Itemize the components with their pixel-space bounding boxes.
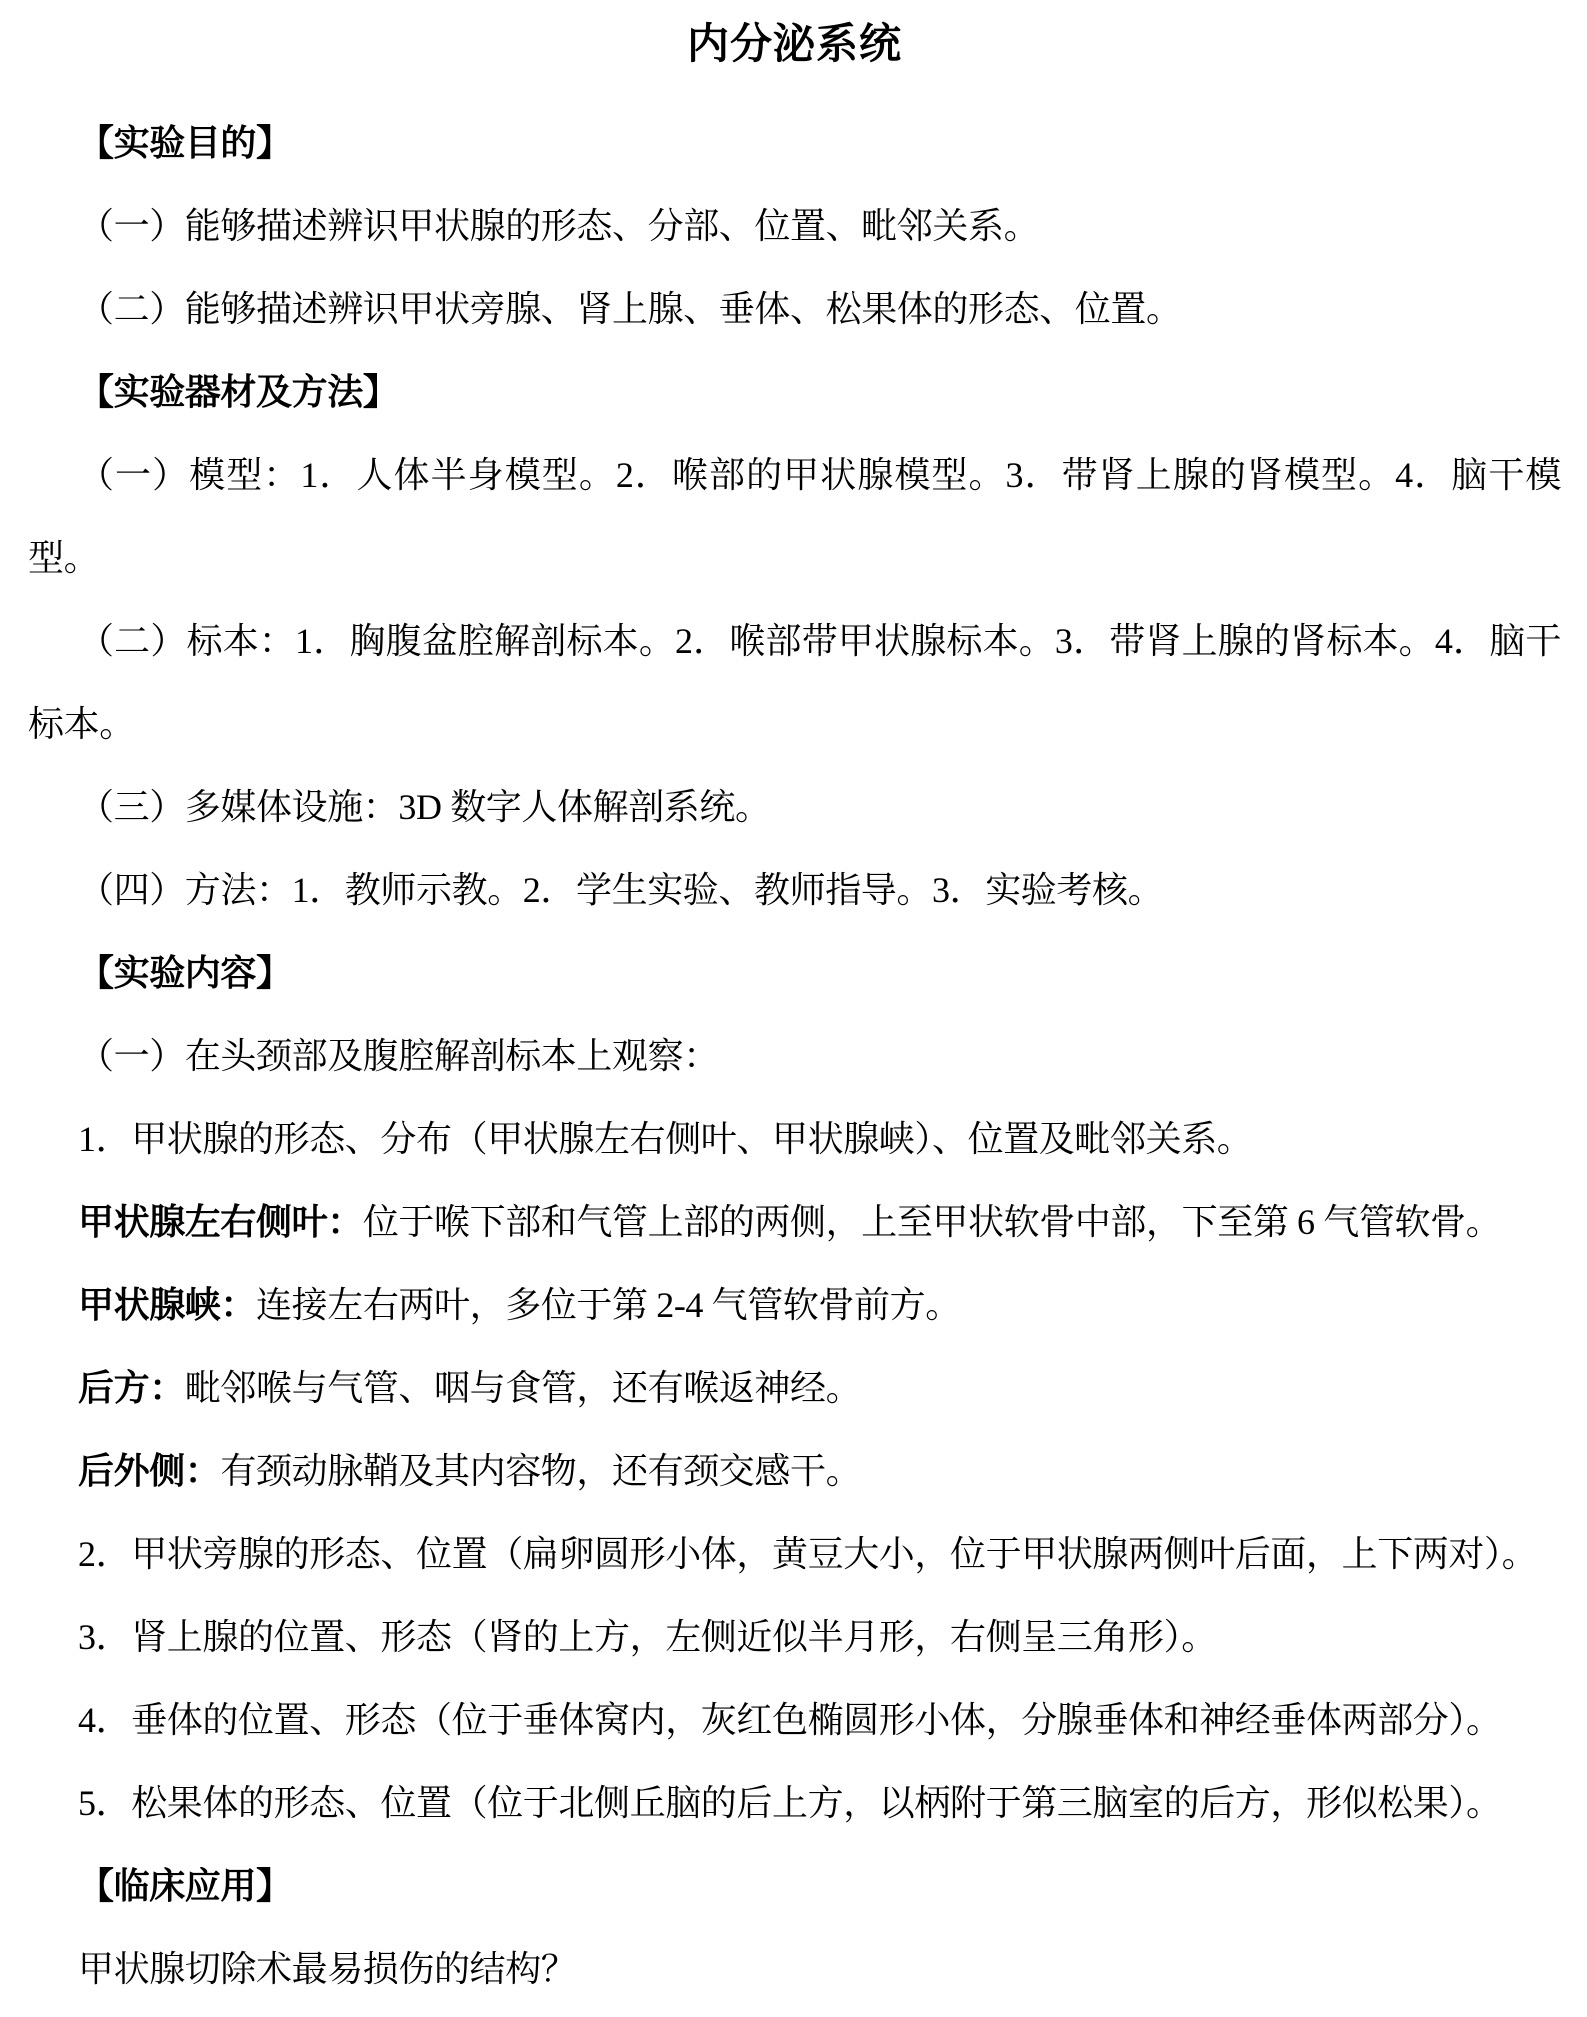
materials-item-methods: （四）方法：1．教师示教。2．学生实验、教师指导。3．实验考核。 <box>28 849 1561 932</box>
materials-item-specimens: （二）标本：1．胸腹盆腔解剖标本。2．喉部带甲状腺标本。3．带肾上腺的肾标本。4… <box>28 600 1561 766</box>
thyroid-lobes-description: 位于喉下部和气管上部的两侧，上至甲状软骨中部，下至第 6 气管软骨。 <box>363 1202 1501 1242</box>
section-heading-clinical-application: 【临床应用】 <box>28 1845 1561 1928</box>
clinical-question: 甲状腺切除术最易损伤的结构？ <box>28 1928 1561 2011</box>
thyroid-lobes-term: 甲状腺左右侧叶： <box>78 1202 363 1242</box>
thyroid-isthmus-description: 连接左右两叶，多位于第 2-4 气管软骨前方。 <box>256 1285 961 1325</box>
content-item-pineal: 5．松果体的形态、位置（位于北侧丘脑的后上方，以柄附于第三脑室的后方，形似松果）… <box>28 1762 1561 1845</box>
objective-item-2: （二）能够描述辨识甲状旁腺、肾上腺、垂体、松果体的形态、位置。 <box>28 268 1561 351</box>
section-heading-experiment-objectives: 【实验目的】 <box>28 102 1561 185</box>
thyroid-isthmus-term: 甲状腺峡： <box>78 1285 256 1325</box>
section-heading-experiment-content: 【实验内容】 <box>28 932 1561 1015</box>
section-heading-materials-methods: 【实验器材及方法】 <box>28 351 1561 434</box>
document-page: 内分泌系统 【实验目的】 （一）能够描述辨识甲状腺的形态、分部、位置、毗邻关系。… <box>0 0 1587 2011</box>
note-posterolateral: 后外侧：有颈动脉鞘及其内容物，还有颈交感干。 <box>28 1430 1561 1513</box>
content-intro: （一）在头颈部及腹腔解剖标本上观察： <box>28 1015 1561 1098</box>
content-item-thyroid: 1．甲状腺的形态、分布（甲状腺左右侧叶、甲状腺峡）、位置及毗邻关系。 <box>28 1098 1561 1181</box>
posterolateral-term: 后外侧： <box>78 1451 220 1491</box>
page-title: 内分泌系统 <box>28 10 1561 80</box>
content-item-parathyroid: 2．甲状旁腺的形态、位置（扁卵圆形小体，黄豆大小，位于甲状腺两侧叶后面，上下两对… <box>28 1513 1561 1596</box>
objective-item-1: （一）能够描述辨识甲状腺的形态、分部、位置、毗邻关系。 <box>28 185 1561 268</box>
note-thyroid-lobes: 甲状腺左右侧叶：位于喉下部和气管上部的两侧，上至甲状软骨中部，下至第 6 气管软… <box>28 1181 1561 1264</box>
materials-item-multimedia: （三）多媒体设施：3D 数字人体解剖系统。 <box>28 766 1561 849</box>
materials-item-models: （一）模型：1．人体半身模型。2．喉部的甲状腺模型。3．带肾上腺的肾模型。4．脑… <box>28 434 1561 600</box>
content-item-pituitary: 4．垂体的位置、形态（位于垂体窝内，灰红色椭圆形小体，分腺垂体和神经垂体两部分）… <box>28 1679 1561 1762</box>
document-body: 【实验目的】 （一）能够描述辨识甲状腺的形态、分部、位置、毗邻关系。 （二）能够… <box>28 102 1561 2011</box>
posterior-term: 后方： <box>78 1368 185 1408</box>
note-thyroid-isthmus: 甲状腺峡：连接左右两叶，多位于第 2-4 气管软骨前方。 <box>28 1264 1561 1347</box>
posterior-description: 毗邻喉与气管、咽与食管，还有喉返神经。 <box>185 1368 861 1408</box>
note-posterior: 后方：毗邻喉与气管、咽与食管，还有喉返神经。 <box>28 1347 1561 1430</box>
content-item-adrenal: 3．肾上腺的位置、形态（肾的上方，左侧近似半月形，右侧呈三角形）。 <box>28 1596 1561 1679</box>
posterolateral-description: 有颈动脉鞘及其内容物，还有颈交感干。 <box>220 1451 861 1491</box>
